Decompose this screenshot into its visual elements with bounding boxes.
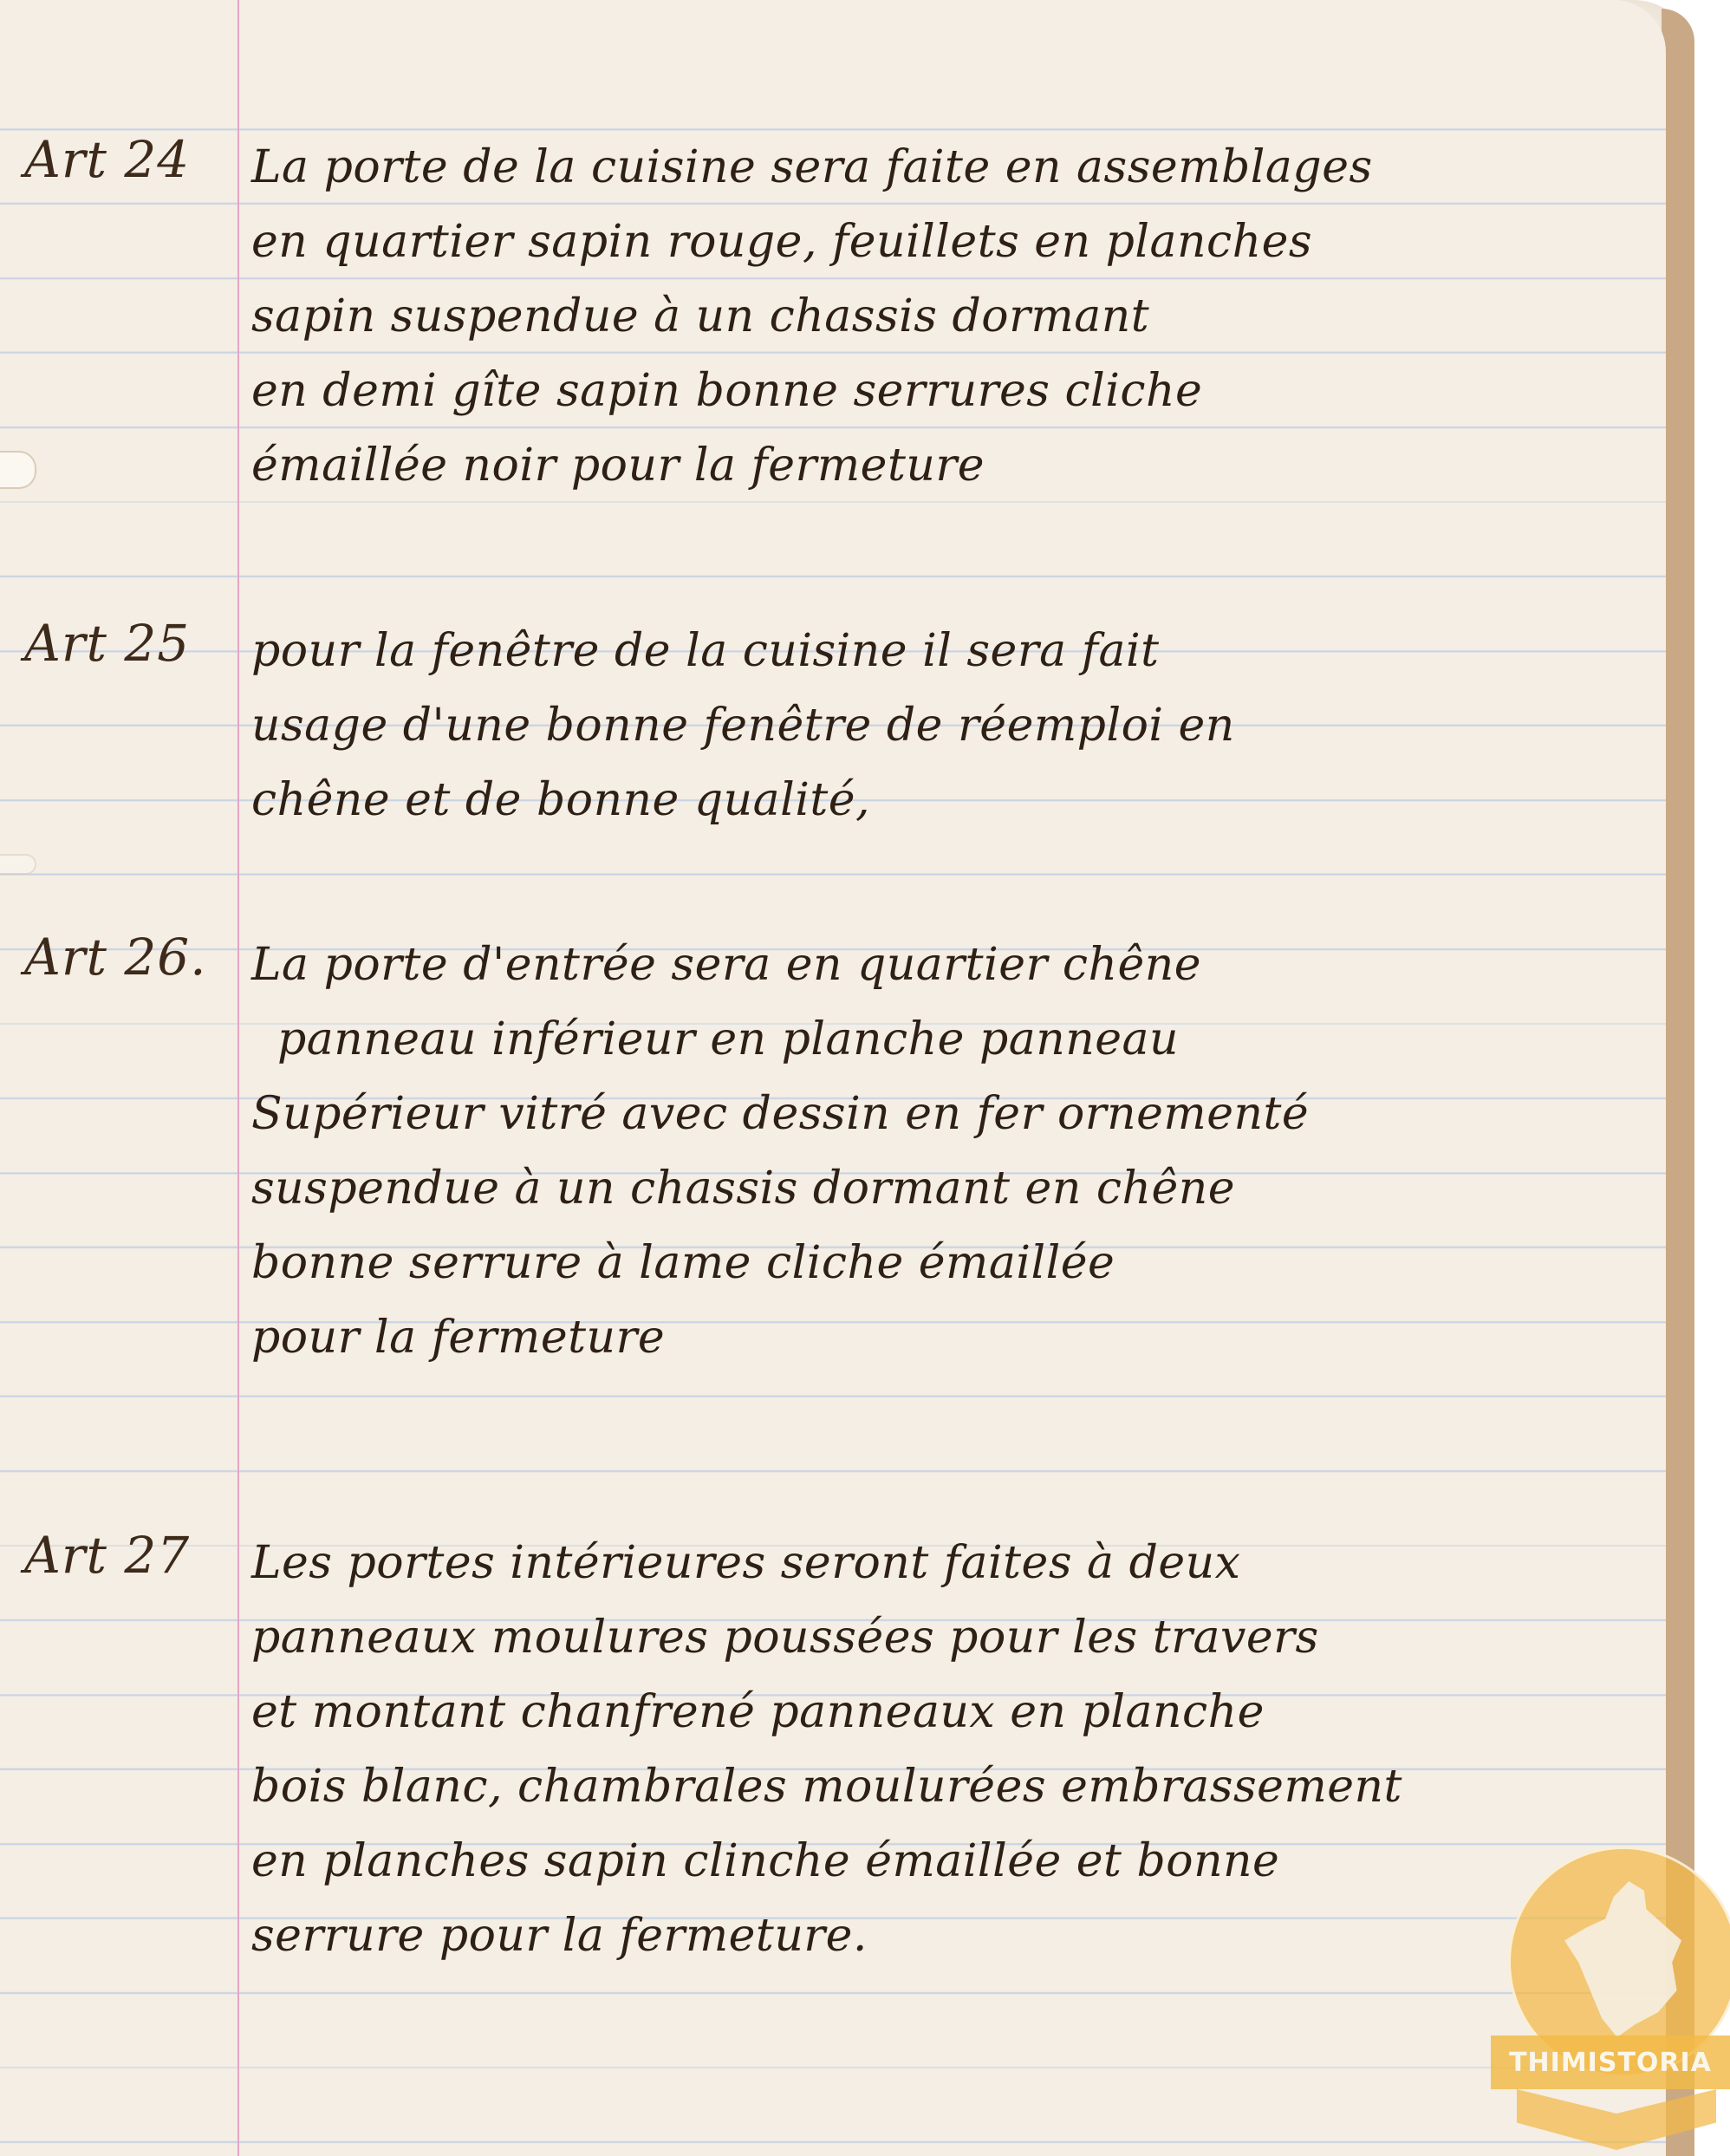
- text-line: serrure pour la fermeture.: [251, 1899, 1655, 1973]
- text-line: suspendue à un chassis dormant en chêne: [251, 1151, 1655, 1226]
- article-label: Art 24: [24, 130, 190, 189]
- text-line: pour la fermeture: [251, 1300, 1655, 1375]
- watermark-text: THIMISTORIA: [1509, 2048, 1712, 2078]
- text-line: panneau inférieur en planche panneau: [251, 1002, 1655, 1077]
- article-label: Art 25: [24, 614, 190, 673]
- watermark-band: THIMISTORIA: [1491, 2035, 1730, 2089]
- text-line: La porte d'entrée sera en quartier chêne: [251, 928, 1655, 1002]
- text-line: Supérieur vitré avec dessin en fer ornem…: [251, 1077, 1655, 1151]
- text-line: panneaux moulures poussées pour les trav…: [251, 1600, 1655, 1675]
- text-line: en quartier sapin rouge, feuillets en pl…: [251, 205, 1655, 279]
- text-line: bonne serrure à lame cliche émaillée: [251, 1226, 1655, 1300]
- article-label: Art 27: [24, 1526, 190, 1585]
- article-label: Art 26.: [24, 928, 207, 987]
- article-text: Les portes intérieures seront faites à d…: [251, 1526, 1655, 1973]
- watermark-logo: THIMISTORIA: [1491, 1847, 1730, 2156]
- text-line: pour la fenêtre de la cuisine il sera fa…: [251, 614, 1655, 688]
- article-text: La porte de la cuisine sera faite en ass…: [251, 130, 1655, 503]
- notebook-page: Art 24 La porte de la cuisine sera faite…: [0, 0, 1694, 2156]
- text-line: sapin suspendue à un chassis dormant: [251, 279, 1655, 354]
- page-edge: [1662, 9, 1694, 2156]
- text-line: émaillée noir pour la fermeture: [251, 428, 1655, 503]
- article-text: La porte d'entrée sera en quartier chêne…: [251, 928, 1655, 1375]
- punch-hole: [0, 854, 36, 875]
- text-line: en demi gîte sapin bonne serrures cliche: [251, 354, 1655, 428]
- text-line: usage d'une bonne fenêtre de réemploi en: [251, 688, 1655, 763]
- text-line: La porte de la cuisine sera faite en ass…: [251, 130, 1655, 205]
- open-book-icon: [1517, 2089, 1716, 2150]
- margin-line: [237, 0, 239, 2156]
- punch-hole: [0, 451, 36, 489]
- text-line: en planches sapin clinche émaillée et bo…: [251, 1824, 1655, 1899]
- text-line: bois blanc, chambrales moulurées embrass…: [251, 1749, 1655, 1824]
- text-line: Les portes intérieures seront faites à d…: [251, 1526, 1655, 1600]
- text-line: et montant chanfrené panneaux en planche: [251, 1675, 1655, 1749]
- article-text: pour la fenêtre de la cuisine il sera fa…: [251, 614, 1655, 837]
- text-line: chêne et de bonne qualité,: [251, 763, 1655, 837]
